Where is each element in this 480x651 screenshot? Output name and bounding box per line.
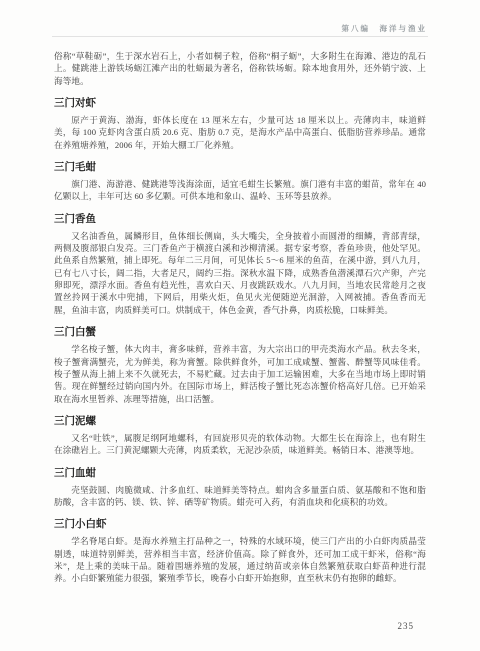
- section-body-sanmen-xiaobaixia: 学名脊尾白虾。是海水养殖主打品种之一，特殊的水域环境，使三门产出的小白虾肉质晶莹…: [54, 535, 426, 584]
- section-title-sanmen-baixie: 三门白蟹: [54, 325, 426, 339]
- section-title-sanmen-niluo: 三门泥螺: [54, 414, 426, 428]
- section-body-sanmen-niluo: 又名“吐铁”，属腹足纲阿地螺科，有回旋形贝壳的软体动物。大都生长在海涂上，也有附…: [54, 432, 426, 457]
- header-rule: [52, 36, 428, 37]
- section-body-sanmen-xiangyu: 又名油香鱼，属鳞形目，鱼体细长侧扁，头大嘴尖，全身披着小而圆滑的细鳞，背部青绿，…: [54, 230, 426, 316]
- section-body-sanmen-duixia: 原产于黄海、渤海，虾体长度在 13 厘米左右，少量可达 18 厘米以上。壳薄肉丰…: [54, 114, 426, 151]
- intro-paragraph: 俗称“草鞋砺”，生于深水岩石上，小者如桐子粒，俗称“桐子蛎”，大多附生在海滩、港…: [54, 50, 426, 87]
- book-page: 第八编 海洋与渔业 俗称“草鞋砺”，生于深水岩石上，小者如桐子粒，俗称“桐子蛎”…: [0, 0, 480, 651]
- section-title-sanmen-xiangyu: 三门香鱼: [54, 212, 426, 226]
- section-title-sanmen-xuehan: 三门血蚶: [54, 466, 426, 480]
- section-body-sanmen-xuehan: 壳坚鼓圆、肉脆微咸、汁多血红、味道鲜美等特点。蚶肉含多量蛋白质、氨基酸和不饱和脂…: [54, 484, 426, 509]
- page-content: 俗称“草鞋砺”，生于深水岩石上，小者如桐子粒，俗称“桐子蛎”，大多附生在海滩、港…: [54, 50, 426, 585]
- section-title-sanmen-duixia: 三门对虾: [54, 96, 426, 110]
- section-body-sanmen-maohan: 旗门港、海游港、健跳港等浅海涂面，适宜毛蚶生长繁殖。旗门港有丰富的蚶苗，常年在 …: [54, 178, 426, 203]
- section-body-sanmen-baixie: 学名梭子蟹，体大肉丰，膏多味鲜，营养丰富，为大宗出口的甲壳类海水产品。秋去冬来，…: [54, 343, 426, 405]
- section-title-sanmen-maohan: 三门毛蚶: [54, 160, 426, 174]
- running-head: 第八编 海洋与渔业: [342, 23, 428, 34]
- page-number: 235: [398, 621, 415, 631]
- section-title-sanmen-xiaobaixia: 三门小白虾: [54, 517, 426, 531]
